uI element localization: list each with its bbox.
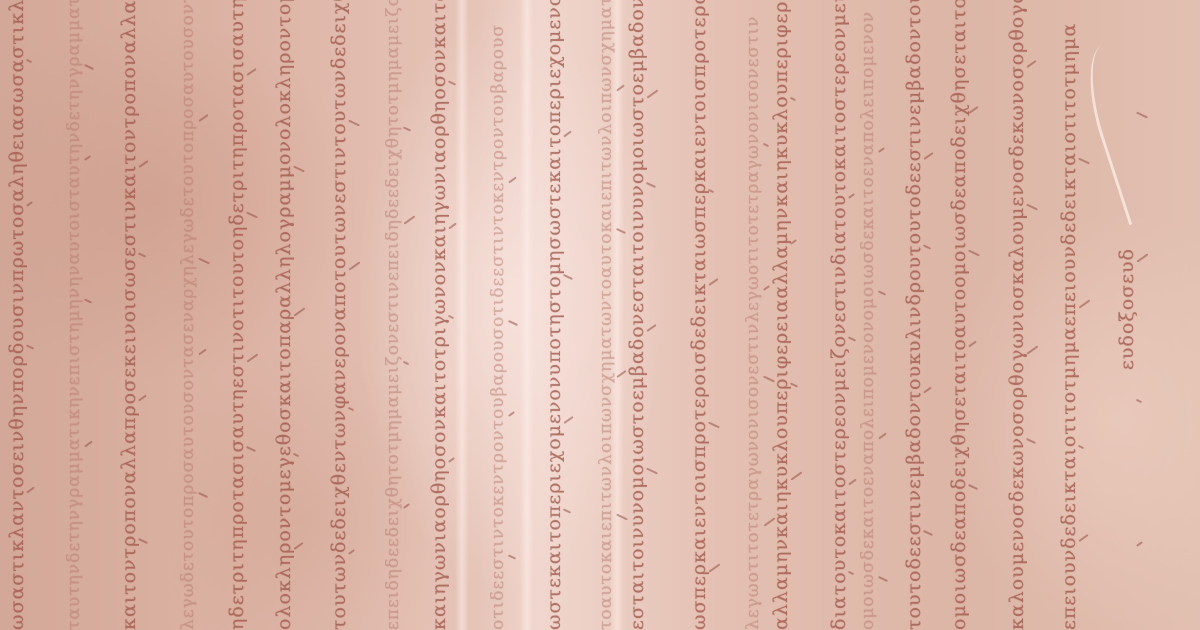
- ink-stroke: [878, 147, 885, 153]
- ink-stroke: [138, 252, 146, 257]
- ink-stroke: [403, 126, 411, 131]
- ink-stroke: [563, 416, 573, 424]
- ink-stroke: [1079, 299, 1091, 308]
- ink-stroke: [1026, 60, 1036, 68]
- ink-stroke: [968, 250, 980, 257]
- script-column: καλουμενοσδεκωνοσορθογωνιοσκαλουμενοσδεκ…: [1008, 0, 1027, 630]
- script-column: ομοιωσδεαποδειχθησεταιτοαυτοομοιωσδεαποδ…: [950, 0, 969, 630]
- ink-stroke: [790, 382, 798, 387]
- parchment-fold: [455, 0, 469, 630]
- ink-stroke: [763, 285, 770, 291]
- ink-stroke: [563, 274, 573, 280]
- ink-stroke: [923, 244, 931, 249]
- ink-stroke: [878, 576, 888, 582]
- script-column: επειδηδεεδειχθητοτμημαμειζονεστινεπειδηδ…: [385, 0, 402, 630]
- script-column: εσταιτοινυνομοιωστοεμβαδονεσταιτοινυνομο…: [628, 0, 647, 630]
- ink-stroke: [763, 143, 769, 147]
- ink-stroke: [1136, 541, 1143, 547]
- script-column: ωσπερκαιεντοισπροτεροισδεδεικταιωσπερκαι…: [690, 0, 709, 630]
- ink-stroke: [563, 508, 571, 513]
- ink-stroke: [246, 212, 258, 219]
- script-column: ηδετριτηπροτασισαυτηεστινοτιτουτοηδετριτ…: [228, 0, 247, 630]
- ink-stroke: [247, 353, 259, 362]
- script-column: λεγωοτιτοτετραγωνονισονεστινλεγωοτιτοτετ…: [745, 0, 762, 630]
- script-column: λεγωδετουτοπροσαυτουσοντασεναρχηλεγωδετο…: [180, 0, 197, 630]
- ink-stroke: [848, 193, 855, 199]
- ink-stroke: [26, 487, 35, 494]
- ink-stroke: [646, 182, 656, 188]
- ink-stroke: [84, 441, 93, 448]
- script-column: ωσαστικλαντοσεινθηνπορδουσινπρωτοσαληθει…: [8, 0, 27, 630]
- script-column: διατουτοκαιτοστερεονμειζονεστινδιατουτοκ…: [830, 0, 849, 630]
- script-column: τουτωνδεδειχθεντωνφανεροναποτουτωνεστιντ…: [330, 0, 349, 630]
- ink-stroke: [708, 422, 720, 429]
- ink-stroke: [138, 395, 147, 402]
- ink-stroke: [246, 446, 256, 452]
- script-column: αλλαμηνκαιηκυκλουπεριφερειααλλαμηνκαιηκυ…: [772, 0, 791, 630]
- ink-stroke: [646, 468, 658, 475]
- ink-stroke: [198, 114, 208, 122]
- ink-stroke: [790, 239, 797, 245]
- ink-stroke: [403, 361, 409, 365]
- ink-stroke: [198, 492, 208, 498]
- ink-stroke: [348, 120, 360, 127]
- ink-stroke: [647, 89, 659, 98]
- ink-stroke: [84, 155, 91, 161]
- ink-stroke: [138, 538, 148, 544]
- ink-stroke: [968, 341, 977, 348]
- ink-stroke: [708, 278, 718, 286]
- ink-stroke: [138, 160, 148, 168]
- ink-stroke: [791, 471, 803, 480]
- ink-stroke: [1026, 438, 1036, 444]
- ink-stroke: [404, 215, 416, 224]
- ink-stroke: [403, 503, 410, 509]
- script-column: ευδοξοσευδοξοσ: [1118, 250, 1137, 370]
- ink-stroke: [646, 324, 656, 332]
- ink-stroke: [246, 68, 256, 76]
- ink-stroke: [293, 166, 305, 173]
- script-column: ταυτηνδετηνγραμματικηνεπιστημηνηναυτοιστ…: [66, 0, 83, 630]
- ink-stroke: [923, 387, 932, 394]
- manuscript-photo: ωσαστικλαντοσεινθηνπορδουσινπρωτοσαληθει…: [0, 0, 1200, 630]
- ink-stroke: [1027, 345, 1039, 354]
- script-column: καιηγωνιαορθηοσονκαιτοτριγωνονκαιηγωνιαο…: [430, 0, 449, 630]
- ink-stroke: [1026, 204, 1038, 211]
- ink-stroke: [1137, 253, 1149, 262]
- ink-stroke: [848, 336, 856, 341]
- ink-stroke: [448, 457, 455, 463]
- ink-stroke: [923, 152, 933, 160]
- ink-stroke: [563, 131, 572, 138]
- ink-stroke: [968, 484, 978, 490]
- script-column: ωστεκαιτοπεριεχομενονυποτηστομησωστεκαιτ…: [545, 0, 564, 630]
- ink-stroke: [848, 479, 857, 486]
- script-column: οτιδεεστιντοκεντροντουβαρουσοτιδεεστιντο…: [490, 0, 507, 630]
- ink-stroke: [709, 563, 721, 572]
- ink-stroke: [84, 64, 94, 70]
- script-column: τουτοδεεστινεμβαδοντουκυλινδρουτουτοδεεσ…: [905, 0, 924, 630]
- script-column: τοαυτοκαιεπιτωνλοιπωνσχηματωντοαυτοκαιεπ…: [598, 0, 615, 630]
- parchment-crease: [1074, 35, 1190, 226]
- parchment-fold: [520, 0, 534, 630]
- ink-stroke: [508, 320, 518, 326]
- ink-stroke: [1136, 399, 1142, 403]
- ink-stroke: [968, 106, 978, 114]
- ink-stroke: [508, 554, 516, 559]
- ink-stroke: [84, 298, 92, 303]
- ink-stroke: [293, 542, 303, 550]
- ink-stroke: [26, 344, 34, 349]
- ink-stroke: [878, 290, 886, 295]
- script-column: καιτοντροποναλλαπροσεκεινοισωσεστινκαιτο…: [120, 0, 139, 630]
- ink-stroke: [1078, 534, 1088, 542]
- ink-stroke: [349, 261, 361, 270]
- script-column: ολοκληροντομεγεθοσκαιτοπαραλληλογραμμονο…: [275, 0, 294, 630]
- ink-stroke: [198, 349, 207, 356]
- script-column: επειουνδεδεικταιοτιτοτμημαεπειουνδεδεικτ…: [1060, 0, 1079, 630]
- ink-stroke: [508, 177, 517, 184]
- ink-stroke: [923, 530, 933, 536]
- script-column: ομοιωσδεκαιτοεναπολειπομενονομοιωσδεκαιτ…: [860, 0, 877, 630]
- ink-stroke: [26, 201, 33, 207]
- ink-stroke: [348, 549, 355, 555]
- ink-stroke: [878, 433, 887, 440]
- ink-stroke: [1078, 158, 1090, 165]
- ink-stroke: [198, 258, 210, 265]
- ink-stroke: [294, 307, 306, 316]
- ink-stroke: [508, 411, 515, 417]
